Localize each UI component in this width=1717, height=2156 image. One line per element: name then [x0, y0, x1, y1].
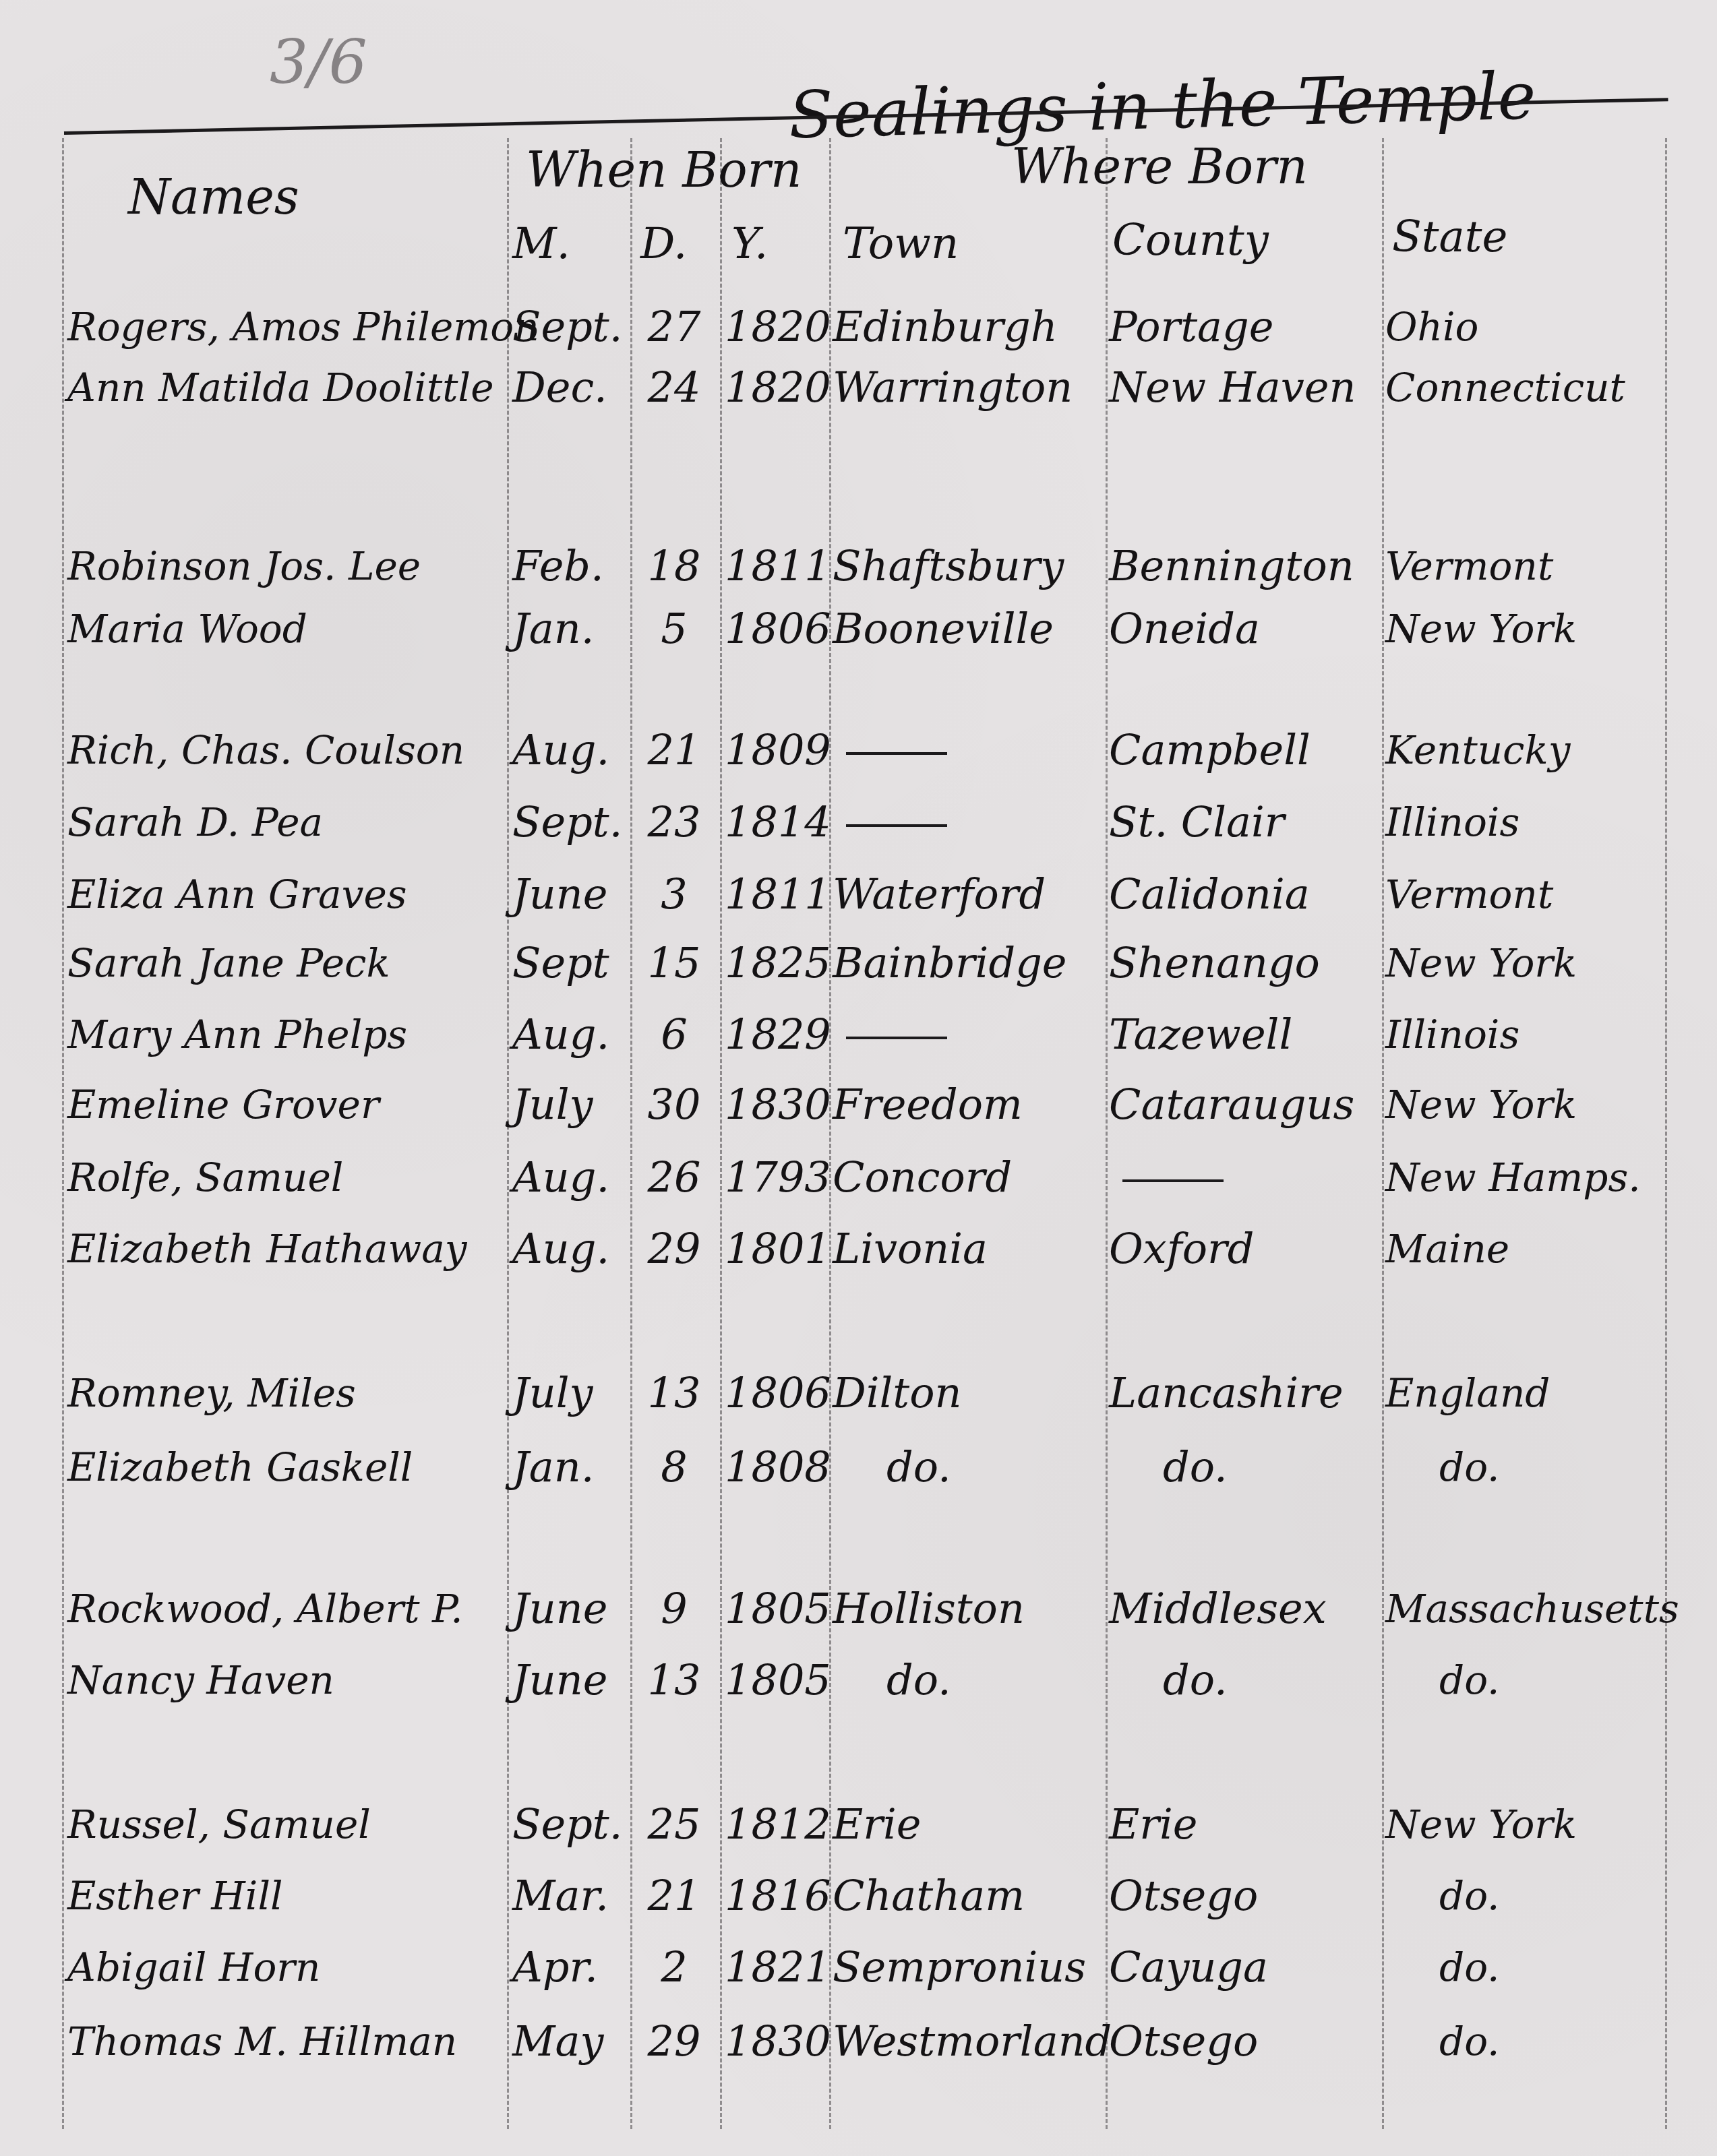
table-row: Robinson Jos. LeeFeb.181811ShaftsburyBen…	[0, 536, 1717, 596]
cell-state: New Hamps.	[1385, 1147, 1668, 1208]
cell-day: 2	[637, 1937, 711, 1998]
cell-year: 1811	[725, 864, 833, 925]
cell-day: 25	[637, 1794, 711, 1855]
cell-county: do.	[1109, 1437, 1433, 1498]
header-year: Y.	[731, 219, 768, 269]
cell-month: June	[512, 1650, 627, 1711]
cell-year: 1812	[725, 1794, 833, 1855]
cell-name: Thomas M. Hillman	[67, 2011, 506, 2072]
cell-day: 15	[637, 933, 711, 993]
cell-month: Dec.	[512, 357, 627, 418]
cell-year: 1805	[725, 1650, 833, 1711]
cell-day: 26	[637, 1147, 711, 1208]
cell-year: 1820	[725, 297, 833, 357]
blank-dash	[1122, 1179, 1224, 1182]
cell-day: 3	[637, 864, 711, 925]
cell-month: Jan.	[512, 1437, 627, 1498]
table-row: Elizabeth GaskellJan.81808do.do.do.	[0, 1437, 1717, 1498]
cell-day: 13	[637, 1363, 711, 1423]
cell-year: 1808	[725, 1437, 833, 1498]
cell-name: Maria Wood	[67, 598, 506, 659]
cell-state: Illinois	[1385, 1004, 1668, 1065]
cell-name: Eliza Ann Graves	[67, 864, 506, 925]
cell-name: Sarah D. Pea	[67, 792, 506, 853]
cell-name: Romney, Miles	[67, 1363, 506, 1423]
cell-county: Campbell	[1109, 720, 1379, 780]
table-row: Abigail HornApr.21821SemproniusCayugado.	[0, 1937, 1717, 1998]
cell-state: New York	[1385, 1794, 1668, 1855]
cell-town: do.	[833, 1650, 1156, 1711]
cell-name: Rockwood, Albert P.	[67, 1578, 506, 1639]
table-row: Thomas M. HillmanMay291830WestmorlandOts…	[0, 2011, 1717, 2072]
cell-state: Connecticut	[1385, 357, 1668, 418]
cell-month: July	[512, 1363, 627, 1423]
cell-state: do.	[1385, 1866, 1717, 1926]
cell-month: Sept.	[512, 297, 627, 357]
table-row: Sarah Jane PeckSept151825BainbridgeShena…	[0, 933, 1717, 993]
table-row: Ann Matilda DoolittleDec.241820Warringto…	[0, 357, 1717, 418]
cell-day: 29	[637, 2011, 711, 2072]
cell-county: Oneida	[1109, 598, 1379, 659]
blank-dash	[846, 824, 947, 827]
cell-county: Otsego	[1109, 1866, 1379, 1926]
cell-state: Massachusetts	[1385, 1578, 1668, 1639]
cell-day: 27	[637, 297, 711, 357]
table-row: Emeline GroverJuly301830FreedomCataraugu…	[0, 1074, 1717, 1135]
cell-name: Nancy Haven	[67, 1650, 506, 1711]
cell-day: 29	[637, 1219, 711, 1279]
header-state: State	[1392, 212, 1507, 262]
cell-month: Aug.	[512, 1004, 627, 1065]
cell-year: 1801	[725, 1219, 833, 1279]
cell-town: Sempronius	[833, 1937, 1102, 1998]
cell-town: Concord	[833, 1147, 1102, 1208]
cell-county: Cataraugus	[1109, 1074, 1379, 1135]
cell-month: May	[512, 2011, 627, 2072]
cell-town: Shaftsbury	[833, 536, 1102, 596]
cell-year: 1806	[725, 1363, 833, 1423]
corner-annotation: 3/6	[270, 27, 367, 98]
cell-name: Elizabeth Gaskell	[67, 1437, 506, 1498]
cell-month: Jan.	[512, 598, 627, 659]
cell-year: 1830	[725, 2011, 833, 2072]
cell-year: 1821	[725, 1937, 833, 1998]
cell-name: Rolfe, Samuel	[67, 1147, 506, 1208]
cell-town: Bainbridge	[833, 933, 1102, 993]
cell-month: Aug.	[512, 1219, 627, 1279]
cell-state: do.	[1385, 2011, 1717, 2072]
cell-town: Dilton	[833, 1363, 1102, 1423]
cell-state: do.	[1385, 1437, 1717, 1498]
table-row: Romney, MilesJuly131806DiltonLancashireE…	[0, 1363, 1717, 1423]
cell-year: 1829	[725, 1004, 833, 1065]
cell-county: Erie	[1109, 1794, 1379, 1855]
table-row: Nancy HavenJune131805do.do.do.	[0, 1650, 1717, 1711]
cell-month: July	[512, 1074, 627, 1135]
cell-county: Bennington	[1109, 536, 1379, 596]
cell-county	[1109, 1147, 1379, 1208]
cell-town: Edinburgh	[833, 297, 1102, 357]
cell-day: 21	[637, 1866, 711, 1926]
cell-state: Illinois	[1385, 792, 1668, 853]
cell-year: 1830	[725, 1074, 833, 1135]
header-county: County	[1112, 216, 1269, 266]
cell-name: Esther Hill	[67, 1866, 506, 1926]
cell-day: 5	[637, 598, 711, 659]
cell-town: Warrington	[833, 357, 1102, 418]
cell-county: Lancashire	[1109, 1363, 1379, 1423]
table-row: Mary Ann PhelpsAug.61829TazewellIllinois	[0, 1004, 1717, 1065]
cell-town: Booneville	[833, 598, 1102, 659]
cell-month: Aug.	[512, 720, 627, 780]
cell-name: Rich, Chas. Coulson	[67, 720, 506, 780]
cell-name: Russel, Samuel	[67, 1794, 506, 1855]
cell-day: 9	[637, 1578, 711, 1639]
blank-dash	[846, 1037, 947, 1039]
cell-year: 1806	[725, 598, 833, 659]
header-day: D.	[640, 219, 687, 269]
cell-town: Chatham	[833, 1866, 1102, 1926]
header-when-born: When Born	[526, 142, 802, 198]
header-names: Names	[128, 168, 299, 225]
cell-year: 1820	[725, 357, 833, 418]
cell-day: 24	[637, 357, 711, 418]
cell-name: Sarah Jane Peck	[67, 933, 506, 993]
table-row: Elizabeth HathawayAug.291801LivoniaOxfor…	[0, 1219, 1717, 1279]
cell-county: Otsego	[1109, 2011, 1379, 2072]
cell-town	[833, 1004, 1102, 1065]
blank-dash	[846, 752, 947, 755]
cell-day: 13	[637, 1650, 711, 1711]
cell-month: Feb.	[512, 536, 627, 596]
cell-town: Erie	[833, 1794, 1102, 1855]
cell-month: Apr.	[512, 1937, 627, 1998]
cell-state: New York	[1385, 933, 1668, 993]
cell-year: 1814	[725, 792, 833, 853]
cell-name: Elizabeth Hathaway	[67, 1219, 506, 1279]
cell-name: Emeline Grover	[67, 1074, 506, 1135]
cell-day: 21	[637, 720, 711, 780]
cell-day: 30	[637, 1074, 711, 1135]
cell-year: 1805	[725, 1578, 833, 1639]
cell-day: 23	[637, 792, 711, 853]
cell-county: Middlesex	[1109, 1578, 1379, 1639]
cell-year: 1793	[725, 1147, 833, 1208]
cell-town: Livonia	[833, 1219, 1102, 1279]
cell-state: Vermont	[1385, 864, 1668, 925]
cell-county: Tazewell	[1109, 1004, 1379, 1065]
table-row: Rockwood, Albert P.June91805HollistonMid…	[0, 1578, 1717, 1639]
table-row: Esther HillMar.211816ChathamOtsegodo.	[0, 1866, 1717, 1926]
table-row: Maria WoodJan.51806BoonevilleOneidaNew Y…	[0, 598, 1717, 659]
cell-year: 1809	[725, 720, 833, 780]
cell-state: Vermont	[1385, 536, 1668, 596]
cell-town: Holliston	[833, 1578, 1102, 1639]
cell-town: Waterford	[833, 864, 1102, 925]
cell-month: Sept.	[512, 1794, 627, 1855]
cell-month: Sept.	[512, 792, 627, 853]
cell-county: Portage	[1109, 297, 1379, 357]
cell-state: Kentucky	[1385, 720, 1668, 780]
cell-county: Shenango	[1109, 933, 1379, 993]
cell-state: Ohio	[1385, 297, 1668, 357]
cell-year: 1811	[725, 536, 833, 596]
cell-state: England	[1385, 1363, 1668, 1423]
table-row: Eliza Ann GravesJune31811WaterfordCalido…	[0, 864, 1717, 925]
cell-name: Robinson Jos. Lee	[67, 536, 506, 596]
cell-county: St. Clair	[1109, 792, 1379, 853]
cell-year: 1825	[725, 933, 833, 993]
table-row: Rich, Chas. CoulsonAug.211809CampbellKen…	[0, 720, 1717, 780]
header-month: M.	[512, 219, 570, 269]
cell-state: New York	[1385, 1074, 1668, 1135]
cell-state: do.	[1385, 1650, 1717, 1711]
table-row: Rolfe, SamuelAug.261793ConcordNew Hamps.	[0, 1147, 1717, 1208]
cell-month: June	[512, 864, 627, 925]
cell-month: June	[512, 1578, 627, 1639]
table-row: Russel, SamuelSept.251812ErieErieNew Yor…	[0, 1794, 1717, 1855]
cell-state: Maine	[1385, 1219, 1668, 1279]
cell-county: Oxford	[1109, 1219, 1379, 1279]
cell-day: 18	[637, 536, 711, 596]
cell-month: Mar.	[512, 1866, 627, 1926]
table-row: Rogers, Amos PhilemonSept.271820Edinburg…	[0, 297, 1717, 357]
cell-day: 8	[637, 1437, 711, 1498]
cell-day: 6	[637, 1004, 711, 1065]
cell-county: Cayuga	[1109, 1937, 1379, 1998]
cell-name: Ann Matilda Doolittle	[67, 357, 506, 418]
cell-town: do.	[833, 1437, 1156, 1498]
cell-town	[833, 792, 1102, 853]
cell-name: Mary Ann Phelps	[67, 1004, 506, 1065]
cell-name: Abigail Horn	[67, 1937, 506, 1998]
cell-month: Sept	[512, 933, 627, 993]
cell-name: Rogers, Amos Philemon	[67, 297, 506, 357]
cell-year: 1816	[725, 1866, 833, 1926]
cell-county: do.	[1109, 1650, 1433, 1711]
cell-month: Aug.	[512, 1147, 627, 1208]
cell-state: do.	[1385, 1937, 1717, 1998]
cell-state: New York	[1385, 598, 1668, 659]
cell-county: New Haven	[1109, 357, 1379, 418]
cell-town	[833, 720, 1102, 780]
cell-town: Freedom	[833, 1074, 1102, 1135]
cell-town: Westmorland	[833, 2011, 1102, 2072]
header-where-born: Where Born	[1011, 138, 1308, 195]
table-row: Sarah D. PeaSept.231814St. ClairIllinois	[0, 792, 1717, 853]
cell-county: Calidonia	[1109, 864, 1379, 925]
header-town: Town	[843, 219, 959, 269]
